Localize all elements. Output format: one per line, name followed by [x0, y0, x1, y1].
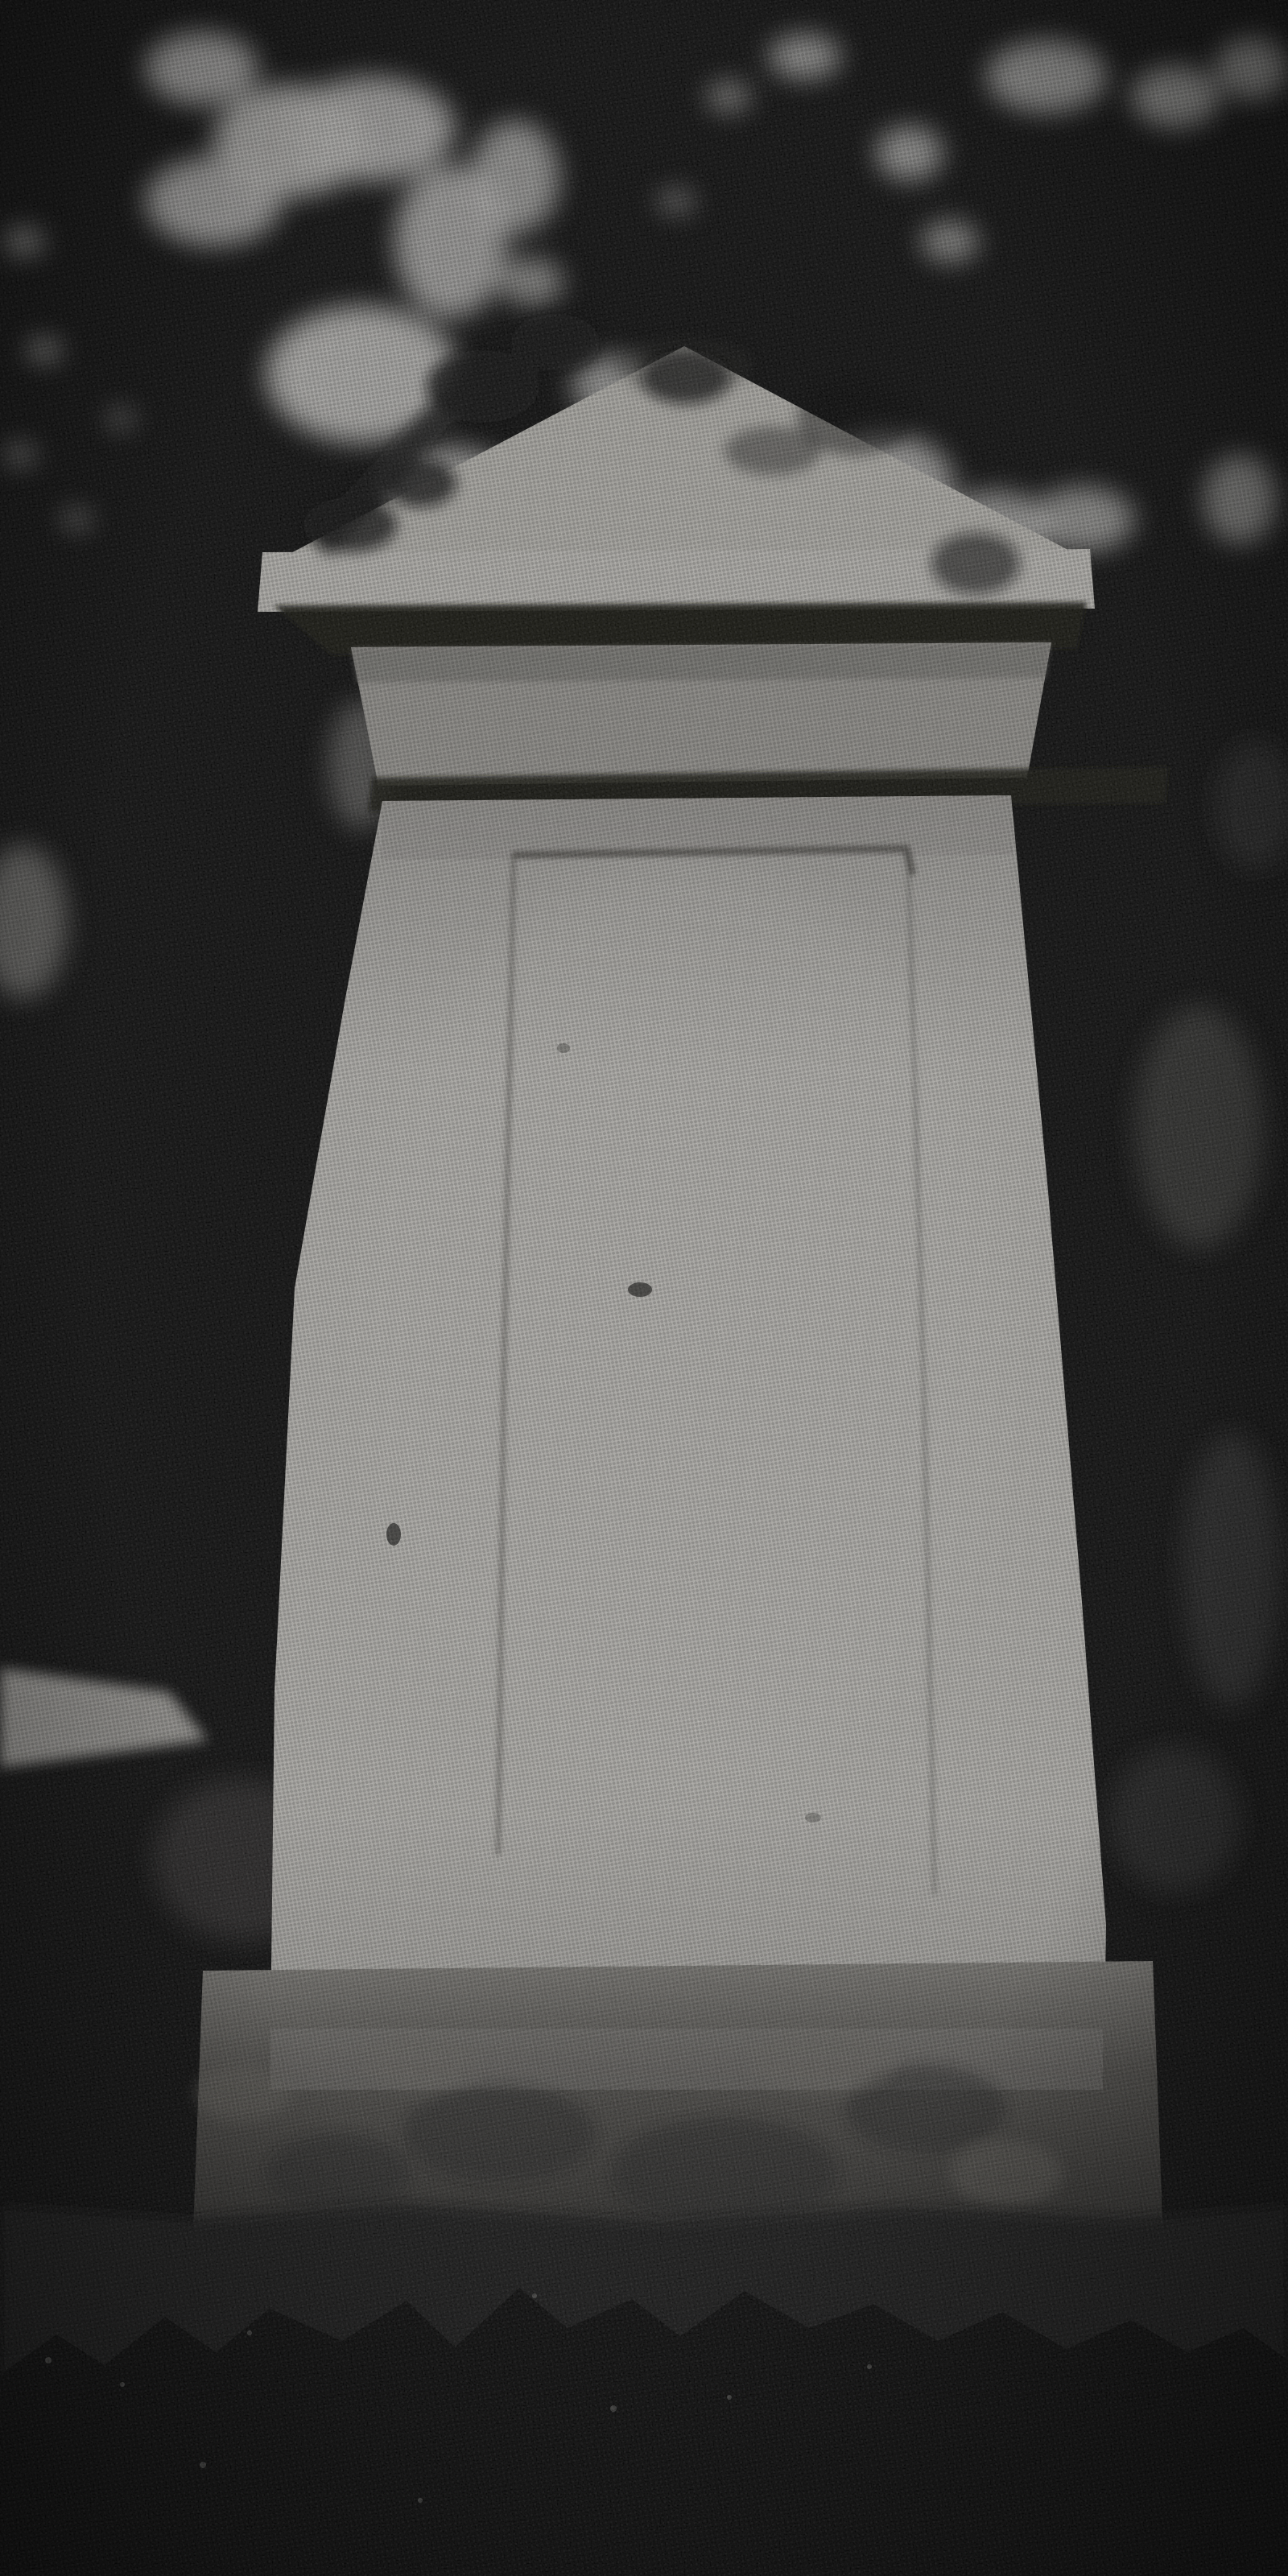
photo-canvas [0, 0, 1288, 2576]
vignette [0, 0, 1288, 2576]
halftone-photo [0, 0, 1288, 2576]
